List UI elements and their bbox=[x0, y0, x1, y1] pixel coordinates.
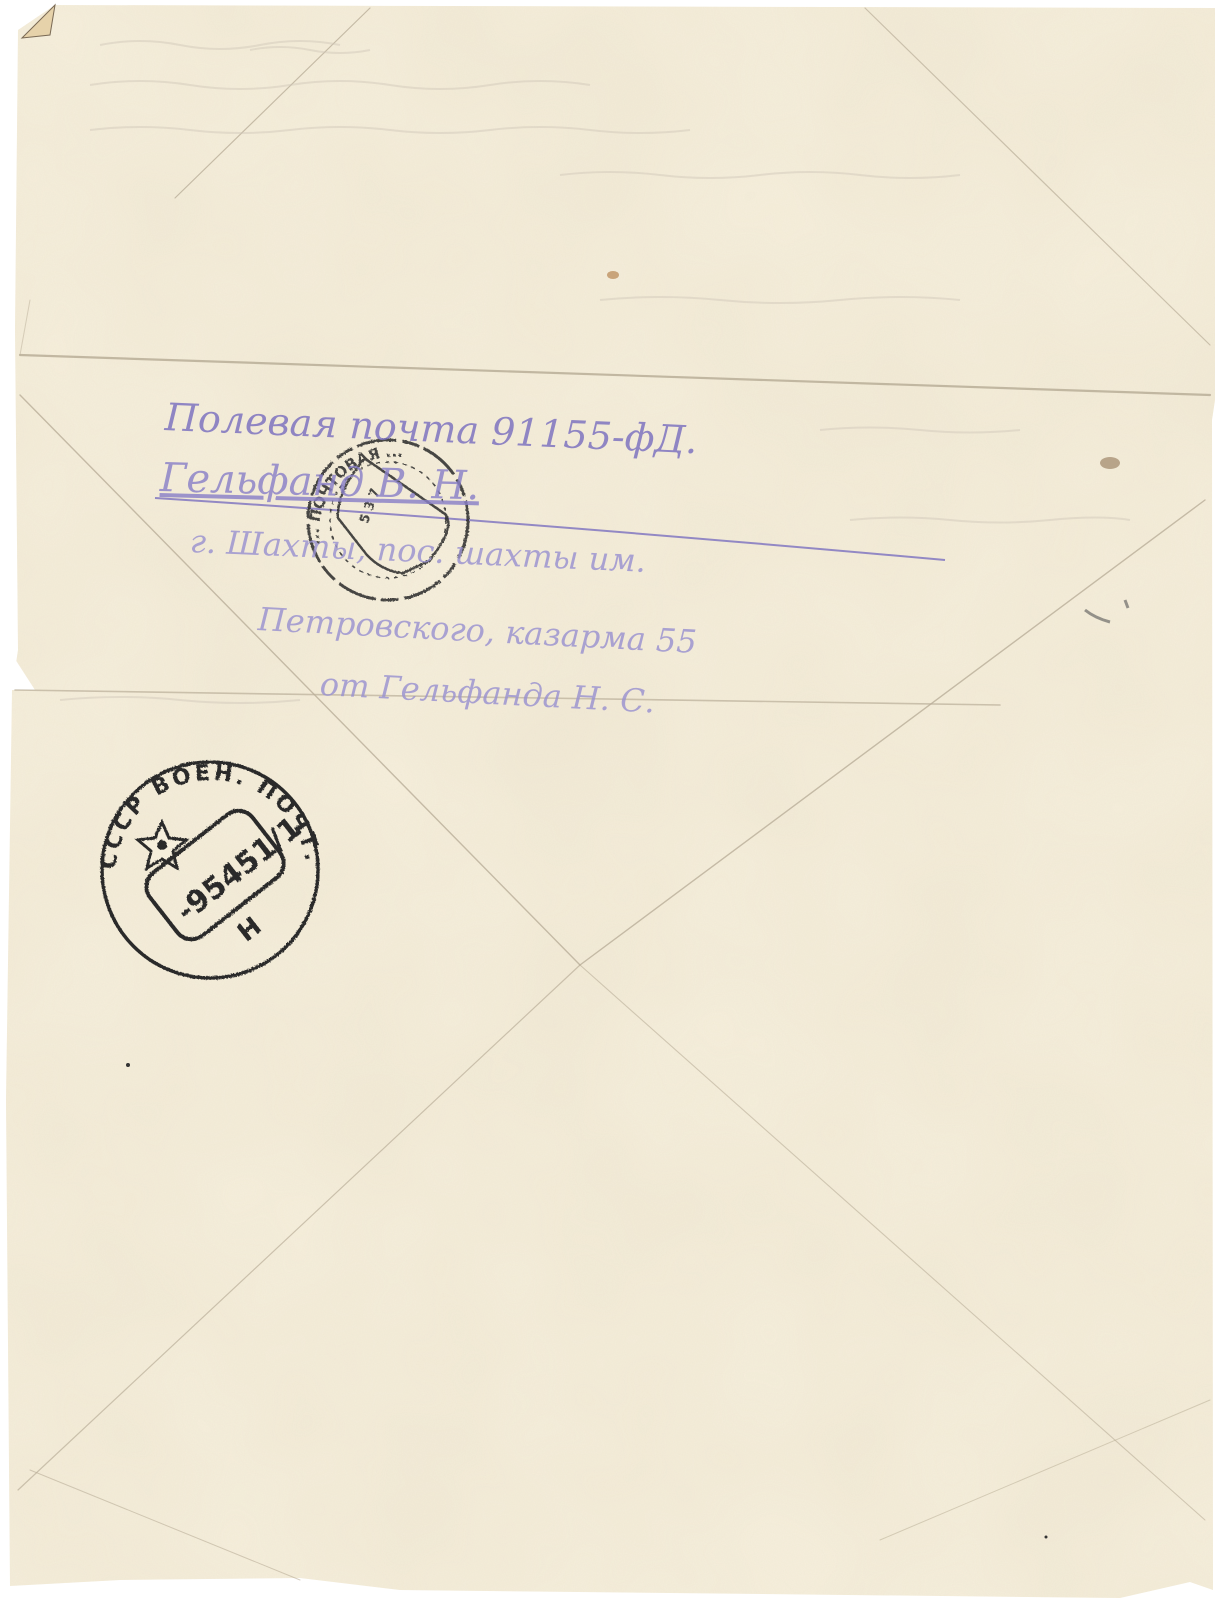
stain bbox=[1100, 457, 1120, 469]
letter-scan: ... ПОЧТОВАЯ ... 5 3 7 СССР ВОЕН. ПОЧТ. … bbox=[0, 0, 1231, 1610]
stain bbox=[607, 271, 619, 279]
torn-corner bbox=[22, 5, 55, 38]
sender-name-line: Гельфанд В. Н. bbox=[159, 455, 480, 509]
